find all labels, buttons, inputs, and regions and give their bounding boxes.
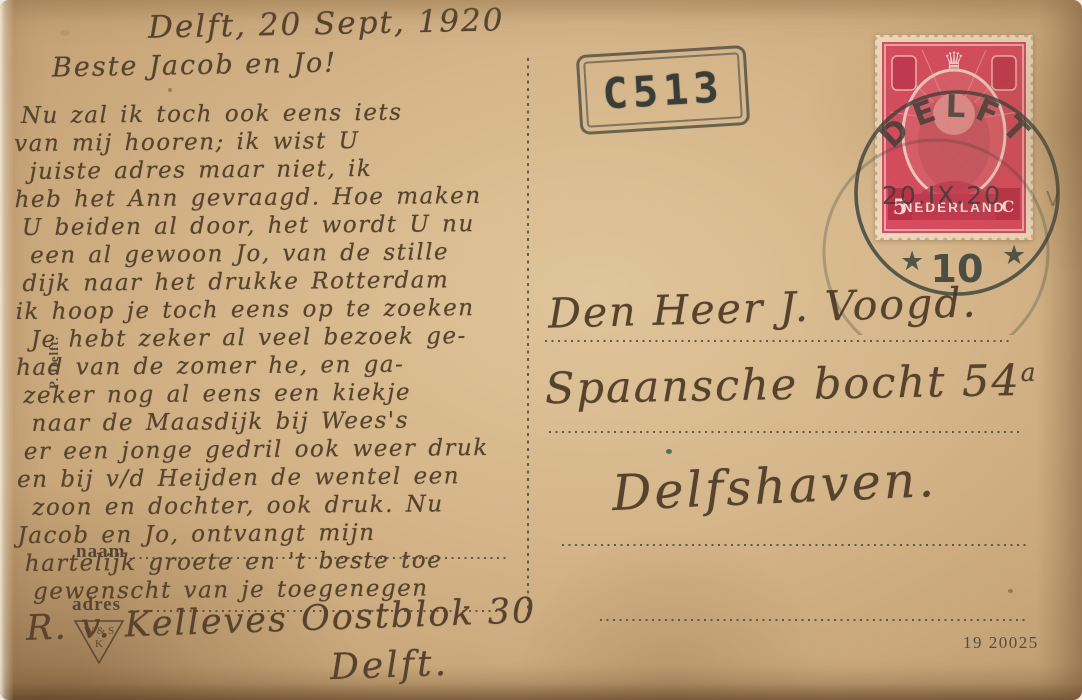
message-line: heb het Ann gevraagd. Hoe maken: [15, 182, 487, 214]
message-line: naar de Maasdijk bij Wees's: [31, 406, 488, 438]
addressee-name: Den Heer J. Voogd.: [547, 278, 978, 337]
message-line: zeker nog al eens een kiekje: [23, 378, 488, 410]
handwritten-signature-place: Delft.: [329, 643, 449, 688]
handwritten-salutation: Beste Jacob en Jo!: [52, 48, 338, 84]
addressee-dotted-line-3: [562, 544, 1028, 546]
postcard-back: naam adres 19 20025 P. Delft. W & S K De…: [0, 0, 1082, 700]
center-divider-dotted-line: [527, 58, 529, 616]
addressee-street: Spaansche bocht 54a: [545, 356, 1038, 415]
postage-stamp: ♛ 5 C NEDERLAND: [875, 35, 1033, 240]
paper-speck: [168, 88, 172, 92]
stamp-design: ♛ 5 C NEDERLAND: [882, 42, 1026, 233]
message-line: een al gewoon Jo, van de stille: [30, 238, 487, 270]
message-line: zoon en dochter, ook druk. Nu: [32, 490, 489, 522]
paper-speck: [1008, 589, 1013, 593]
addressee-dotted-line-1: [545, 340, 1013, 342]
message-line: Jacob en Jo, ontvangt mijn: [17, 518, 489, 550]
message-line: ik hoop je toch eens op te zoeken: [16, 294, 488, 326]
stamp-right-shield: [992, 56, 1016, 90]
postmark-time-code: V: [1046, 187, 1060, 211]
postmark-star-left: ★: [900, 246, 924, 277]
message-line: juiste adres maar niet, ik: [29, 154, 486, 186]
street-text: Spaansche bocht 54: [545, 356, 1022, 414]
message-line: dijk naar het drukke Rotterdam: [22, 266, 487, 298]
message-line: hartelijk groete en 't beste toe: [25, 546, 490, 578]
message-line: Je hebt zeker al veel bezoek ge-: [31, 322, 488, 354]
control-code-inner-frame: [583, 52, 743, 127]
addressee-city: Delfshaven.: [611, 451, 938, 522]
paper-blemish: [60, 30, 70, 36]
ink-speck-green: [666, 449, 672, 454]
message-line: van mij hooren; ik wist U: [14, 126, 486, 158]
stamp-country-name: NEDERLAND: [903, 200, 1006, 215]
control-code-box: C513: [576, 45, 751, 135]
message-line: en bij v/d Heijden de wentel een: [17, 462, 489, 494]
message-line: Nu zal ik toch ook eens iets: [21, 98, 486, 130]
stamp-portrait-head: [933, 93, 975, 135]
addressee-dotted-line-4: [600, 619, 1028, 621]
serial-number: 19 20025: [963, 633, 1039, 653]
message-line: U beiden al door, het wordt U nu: [22, 210, 487, 242]
stamp-left-shield: [892, 56, 916, 90]
house-number-suffix: a: [1020, 358, 1037, 387]
handwritten-message: Nu zal ik toch ook eens iets van mij hoo…: [14, 98, 490, 606]
handwritten-dateline: Delft, 20 Sept, 1920: [148, 2, 505, 45]
message-line: er een jonge gedril ook weer druk: [24, 434, 489, 466]
message-line: had van de zomer he, en ga-: [16, 350, 488, 382]
addressee-dotted-line-2: [549, 431, 1023, 433]
